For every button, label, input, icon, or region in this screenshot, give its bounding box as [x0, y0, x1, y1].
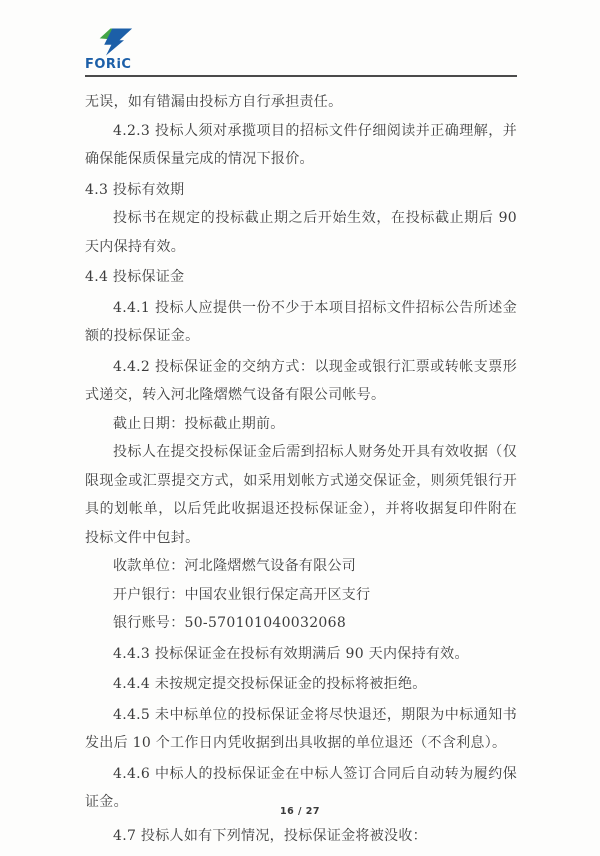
header-divider	[85, 75, 517, 77]
deadline-line: 截止日期：投标截止期前。	[85, 410, 517, 439]
company-logo: FORiC	[85, 26, 133, 72]
receipt-instructions: 投标人在提交投标保证金后需到招标人财务处开具有效收据（仅限现金或汇票提交方式，如…	[85, 438, 517, 552]
page-number: 16 / 27	[0, 806, 600, 817]
payee-line: 收款单位：河北隆熠燃气设备有限公司	[85, 552, 517, 581]
paragraph-continuation: 无误，如有错漏由投标方自行承担责任。	[85, 88, 517, 117]
clause-4-4-1: 4.4.1 投标人应提供一份不少于本项目招标文件招标公告所述金额的投标保证金。	[85, 294, 517, 351]
account-number-line: 银行账号：50-570101040032068	[85, 609, 517, 638]
clause-4-3-body: 投标书在规定的投标截止期之后开始生效，在投标截止期后 90 天内保持有效。	[85, 204, 517, 261]
clause-4-7: 4.7 投标人如有下列情况，投标保证金将被没收：	[85, 822, 517, 851]
bank-line: 开户银行：中国农业银行保定高开区支行	[85, 581, 517, 610]
foric-logo-wordmark: FORiC	[85, 58, 133, 72]
clause-4-4-5: 4.4.5 未中标单位的投标保证金将尽快退还，期限为中标通知书发出后 10 个工…	[85, 701, 517, 758]
clause-4-4-3: 4.4.3 投标保证金在投标有效期满后 90 天内保持有效。	[85, 640, 517, 669]
page-header: FORiC	[85, 0, 517, 77]
heading-4-3: 4.3 投标有效期	[85, 176, 517, 205]
clause-4-4-2: 4.4.2 投标保证金的交纳方式：以现金或银行汇票或转帐支票形式递交，转入河北隆…	[85, 353, 517, 410]
foric-logo-icon	[97, 26, 133, 58]
heading-4-4: 4.4 投标保证金	[85, 263, 517, 292]
document-page: FORiC 无误，如有错漏由投标方自行承担责任。 4.2.3 投标人须对承揽项目…	[0, 0, 600, 856]
clause-4-2-3: 4.2.3 投标人须对承揽项目的招标文件仔细阅读并正确理解，并确保能保质保量完成…	[85, 117, 517, 174]
document-body: 无误，如有错漏由投标方自行承担责任。 4.2.3 投标人须对承揽项目的招标文件仔…	[85, 88, 517, 850]
content-column: FORiC 无误，如有错漏由投标方自行承担责任。 4.2.3 投标人须对承揽项目…	[85, 0, 517, 850]
clause-4-4-4: 4.4.4 未按规定提交投标保证金的投标将被拒绝。	[85, 670, 517, 699]
